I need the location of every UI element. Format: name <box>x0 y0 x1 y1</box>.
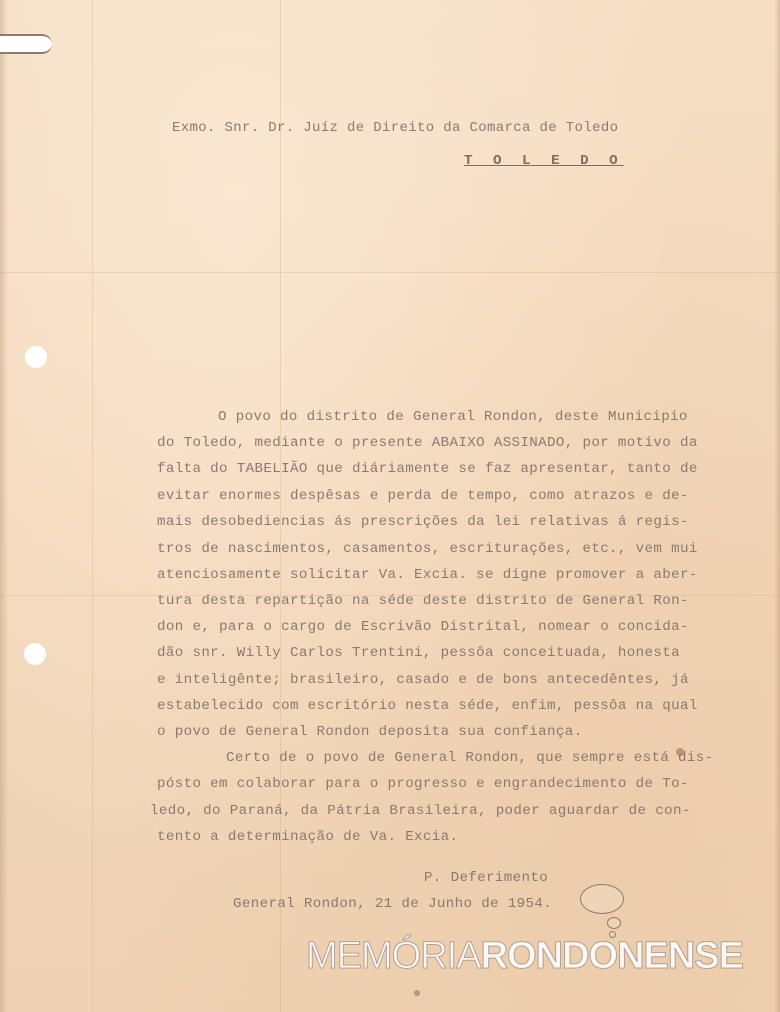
closing-line: P. Deferimento <box>424 870 548 886</box>
watermark-bubble-icon <box>580 884 624 914</box>
body-line: evitar enormes despêsas e perda de tempo… <box>157 488 689 504</box>
punch-hole-icon <box>24 643 46 665</box>
ink-stain <box>676 748 684 756</box>
body-line: don e, para o cargo de Escrivão Distrita… <box>157 619 689 635</box>
body-line: mais desobediencias ás prescrições da le… <box>157 514 689 530</box>
body-line: tura desta repartição na séde deste dist… <box>157 593 689 609</box>
body-line: pósto em colaborar para o progresso e en… <box>157 776 689 792</box>
addressee-line: Exmo. Snr. Dr. Juíz de Direito da Comarc… <box>172 120 618 136</box>
body-line: tento a determinação de Va. Excia. <box>157 829 458 845</box>
punch-hole-icon <box>25 346 47 368</box>
watermark-bold-text: RONDONENSE <box>481 935 743 977</box>
body-line: dão snr. Willy Carlos Trentini, pessôa c… <box>157 645 680 661</box>
watermark: MEMÓRIARONDONENSE <box>306 935 743 978</box>
watermark-bubble-icon <box>607 917 621 929</box>
body-line: do Toledo, mediante o presente ABAIXO AS… <box>157 435 698 451</box>
ink-stain <box>414 990 420 996</box>
fold-crease <box>92 0 93 1012</box>
body-line: atenciosamente solicitar Va. Excia. se d… <box>157 567 698 583</box>
torn-corner <box>0 34 52 54</box>
fold-crease <box>0 272 780 273</box>
place-date-line: General Rondon, 21 de Junho de 1954. <box>233 896 552 912</box>
body-line: estabelecido com escritório nesta séde, … <box>157 698 698 714</box>
paper-background <box>0 0 780 1012</box>
fold-crease <box>280 0 281 1012</box>
paper-right-edge <box>774 0 780 1012</box>
paper-left-edge <box>0 0 8 1012</box>
body-line: ledo, do Paraná, da Pátria Brasileira, p… <box>150 803 691 819</box>
body-line: Certo de o povo de General Rondon, que s… <box>226 750 714 766</box>
body-line: o povo de General Rondon deposita sua co… <box>157 724 582 740</box>
body-line: falta do TABELIÃO que diáriamente se faz… <box>157 461 698 477</box>
addressee-city: T O L E D O <box>464 153 624 169</box>
body-line: O povo do distrito de General Rondon, de… <box>218 409 688 425</box>
body-line: e inteligênte; brasileiro, casado e de b… <box>157 672 689 688</box>
body-line: tros de nascimentos, casamentos, escritu… <box>157 541 698 557</box>
watermark-thin-text: MEMÓRIA <box>306 935 481 977</box>
